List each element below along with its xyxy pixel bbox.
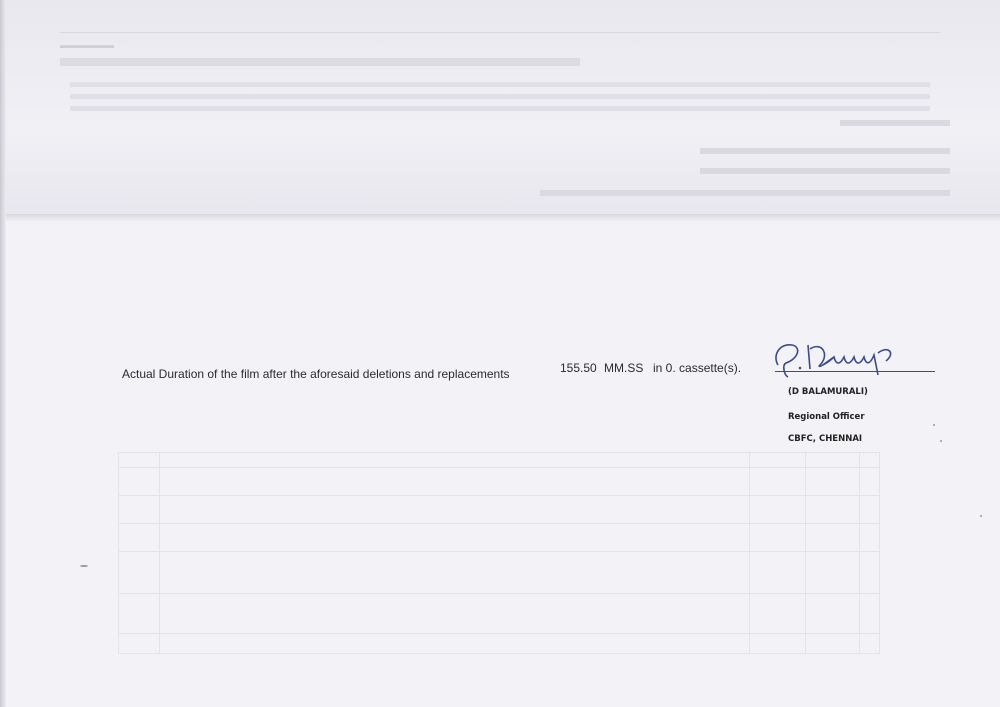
scan-speck [933,424,935,426]
scan-speck [940,440,942,442]
show-through-text [700,168,950,174]
signature [770,335,940,380]
show-through-heading [60,58,580,66]
cassette-count: in 0. cassette(s). [653,361,741,375]
scan-speck [80,565,88,567]
folded-page-section: ▬▬▬▬▬▬ [0,0,1000,218]
signatory-office: CBFC, CHENNAI [788,434,862,444]
show-through-text [840,120,950,126]
paper-fold [0,214,1000,222]
signature-line [775,371,935,372]
duration-value: 155.50 [560,361,597,375]
show-through-text [70,82,930,87]
signatory-title: Regional Officer [788,412,865,422]
show-through-text: ▬▬▬▬▬▬ [60,40,114,50]
show-through-text [700,148,950,154]
duration-label: Actual Duration of the film after the af… [122,367,510,381]
signatory-name: (D BALAMURALI) [788,387,868,397]
show-through-text [70,94,930,99]
scan-speck [980,515,982,517]
show-through-rule [60,32,940,33]
show-through-text [70,106,930,111]
show-through-table [118,452,880,654]
duration-unit: MM.SS [604,361,643,375]
show-through-text [540,190,950,196]
